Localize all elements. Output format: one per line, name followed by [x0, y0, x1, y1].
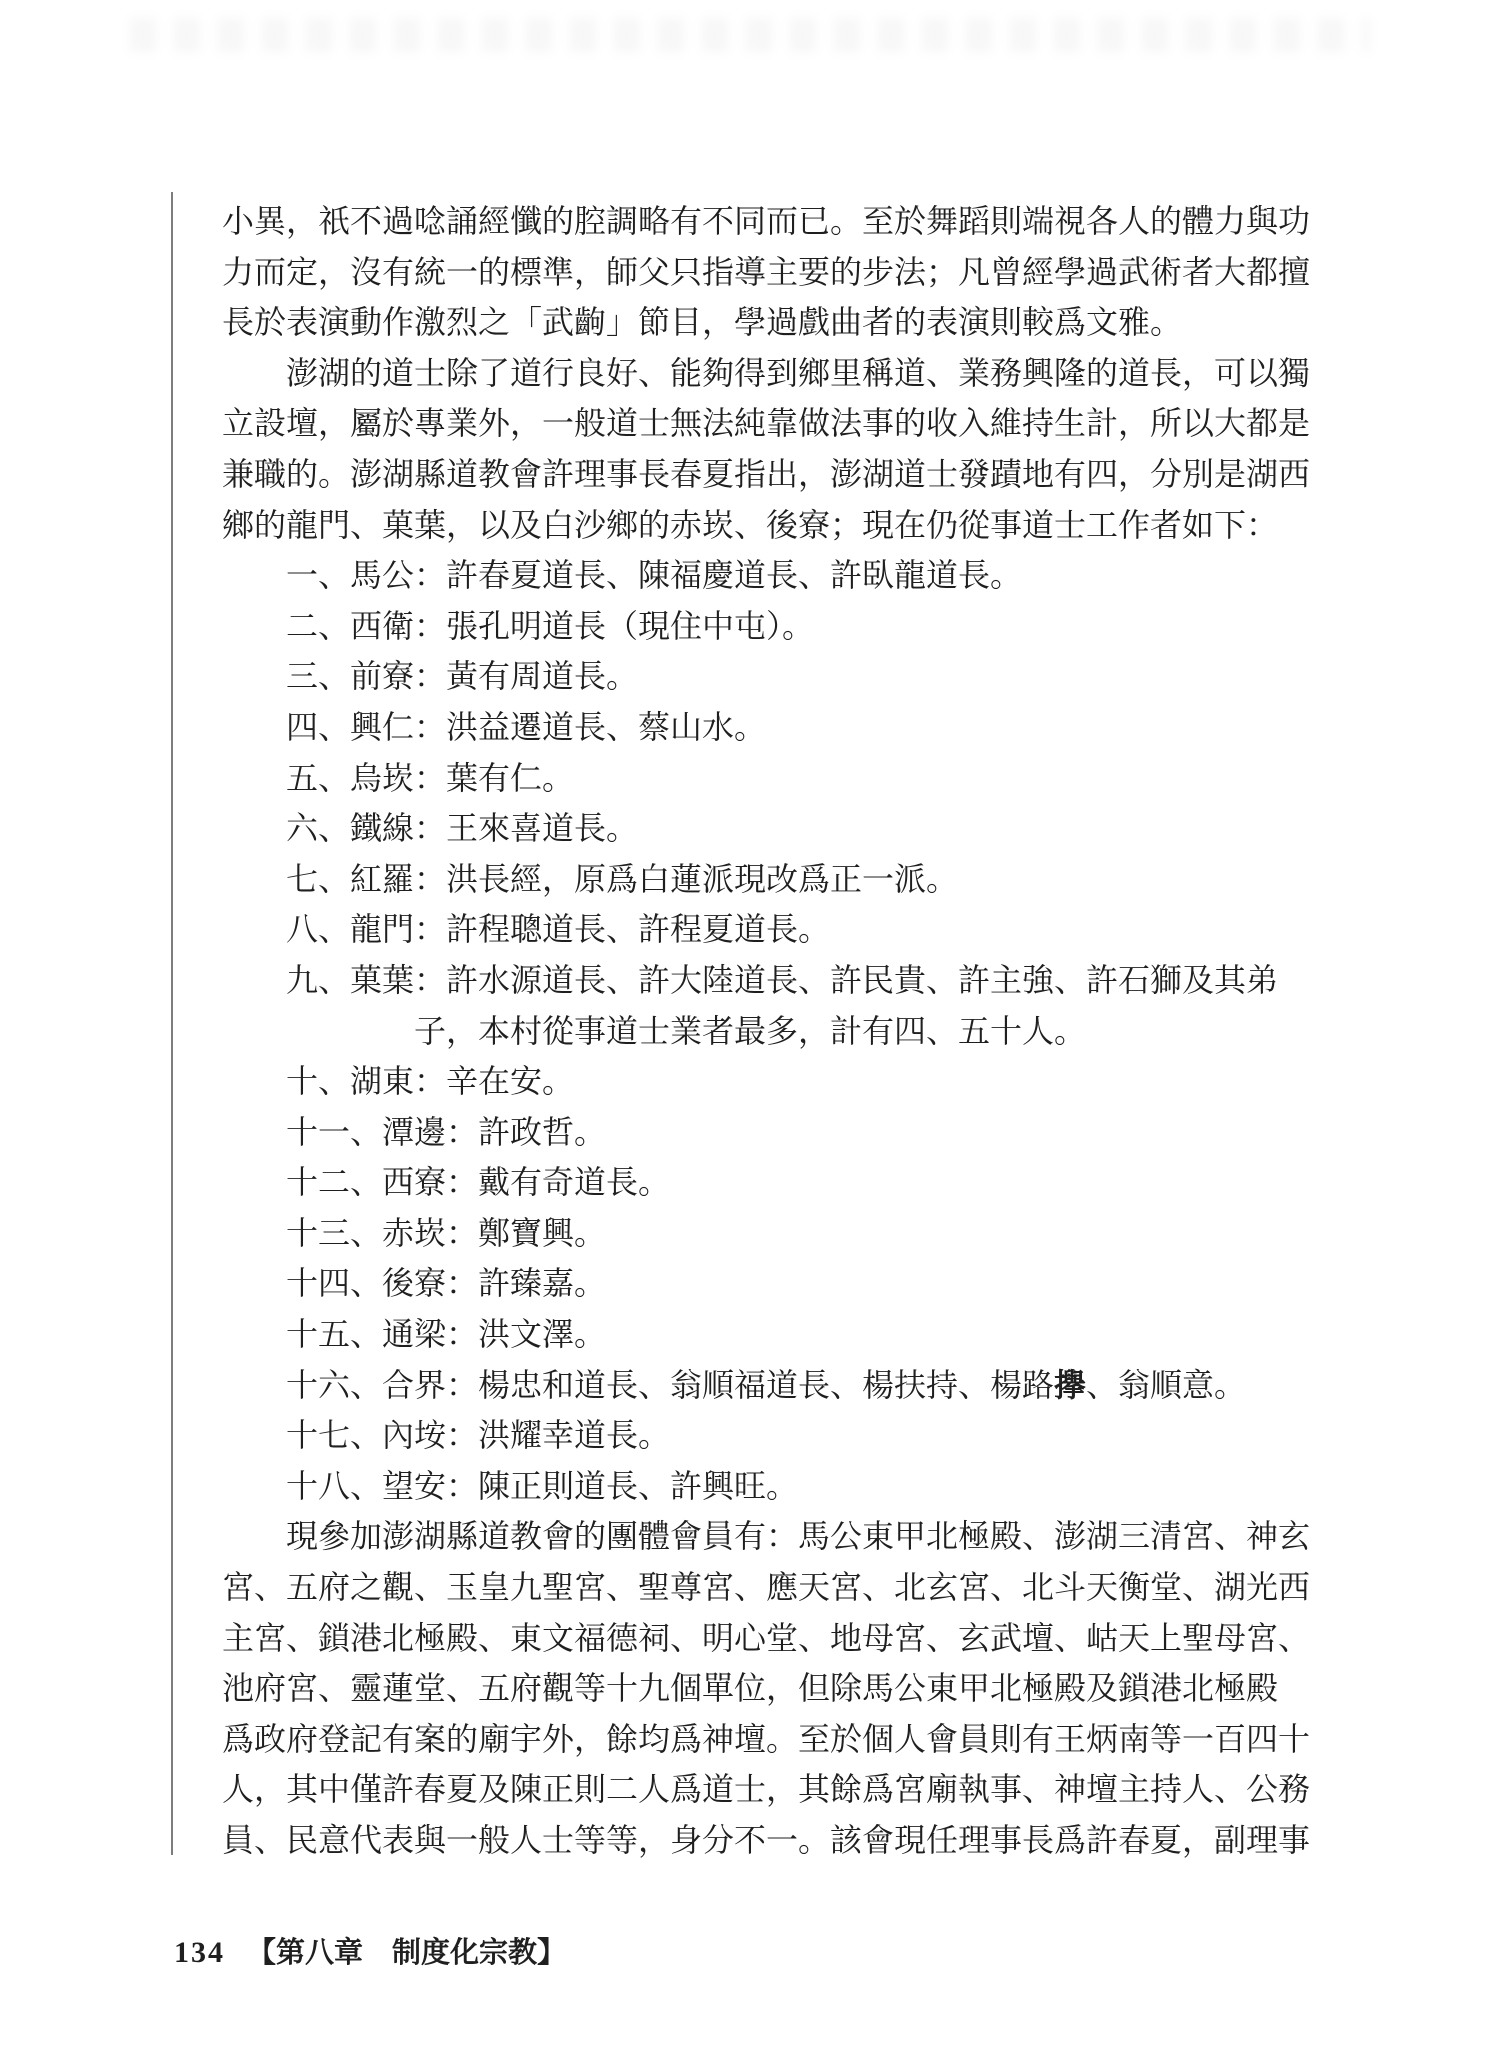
text-line: 立設壇，屬於專業外，一般道士無法純靠做法事的收入維持生計，所以大都是: [222, 398, 1318, 449]
margin-rule: [171, 192, 173, 1855]
text-line: 力而定，沒有統一的標準，師父只指導主要的步法；凡曾經學過武術者大都擅: [222, 247, 1318, 298]
text-line: 員、民意代表與一般人士等等，身分不一。該會現任理事長爲許春夏，副理事: [222, 1815, 1318, 1866]
text-line: 小異，祇不過唸誦經懺的腔調略有不同而已。至於舞蹈則端視各人的體力與功: [222, 196, 1318, 247]
text-line: 現參加澎湖縣道教會的團體會員有：馬公東甲北極殿、澎湖三清宮、神玄: [222, 1511, 1318, 1562]
text-line: 四、興仁：洪益遷道長、蔡山水。: [222, 702, 1318, 753]
text-line: 八、龍門：許程聰道長、許程夏道長。: [222, 904, 1318, 955]
text-line: 十、湖東：辛在安。: [222, 1056, 1318, 1107]
text-line: 二、西衛：張孔明道長（現住中屯）。: [222, 601, 1318, 652]
page-number: 134: [174, 1936, 225, 1969]
text-line: 五、烏崁：葉有仁。: [222, 753, 1318, 804]
text-line: 澎湖的道士除了道行良好、能夠得到鄉里稱道、業務興隆的道長，可以獨: [222, 348, 1318, 399]
text-line: 兼職的。澎湖縣道教會許理事長春夏指出，澎湖道士發蹟地有四，分別是湖西: [222, 449, 1318, 500]
text-line: 十二、西寮：戴有奇道長。: [222, 1157, 1318, 1208]
text-line: 池府宮、靈蓮堂、五府觀等十九個單位，但除馬公東甲北極殿及鎖港北極殿: [222, 1663, 1318, 1714]
text-line: 七、紅羅：洪長經，原爲白蓮派現改爲正一派。: [222, 854, 1318, 905]
page-footer: 134【第八章 制度化宗教】: [174, 1930, 566, 1971]
text-line: 鄉的龍門、菓葉，以及白沙鄉的赤崁、後寮；現在仍從事道士工作者如下：: [222, 500, 1318, 551]
text-line: 長於表演動作激烈之「武齣」節目，學過戲曲者的表演則較爲文雅。: [222, 297, 1318, 348]
text-line: 九、菓葉：許水源道長、許大陸道長、許民貴、許主強、許石獅及其弟: [222, 955, 1318, 1006]
text-line: 十三、赤崁：鄭寶興。: [222, 1208, 1318, 1259]
book-page: 小異，祇不過唸誦經懺的腔調略有不同而已。至於舞蹈則端視各人的體力與功力而定，沒有…: [0, 0, 1500, 2053]
text-line: 十八、望安：陳正則道長、許興旺。: [222, 1461, 1318, 1512]
text-block: 小異，祇不過唸誦經懺的腔調略有不同而已。至於舞蹈則端視各人的體力與功力而定，沒有…: [222, 196, 1318, 1866]
text-line: 六、鐵線：王來喜道長。: [222, 803, 1318, 854]
text-line: 人，其中僅許春夏及陳正則二人爲道士，其餘爲宮廟執事、神壇主持人、公務: [222, 1764, 1318, 1815]
text-line: 爲政府登記有案的廟宇外，餘均爲神壇。至於個人會員則有王炳南等一百四十: [222, 1714, 1318, 1765]
text-line: 十四、後寮：許臻嘉。: [222, 1258, 1318, 1309]
text-line: 一、馬公：許春夏道長、陳福慶道長、許臥龍道長。: [222, 550, 1318, 601]
bold-character: 㩮: [1054, 1367, 1086, 1403]
text-line: 十一、潭邊：許政哲。: [222, 1107, 1318, 1158]
chapter-label: 【第八章 制度化宗教】: [247, 1937, 566, 1969]
text-line: 主宮、鎖港北極殿、東文福德祠、明心堂、地母宮、玄武壇、岵天上聖母宮、: [222, 1613, 1318, 1664]
text-line: 十五、通梁：洪文澤。: [222, 1309, 1318, 1360]
text-line: 宮、五府之觀、玉皇九聖宮、聖尊宮、應天宮、北玄宮、北斗天衡堂、湖光西: [222, 1562, 1318, 1613]
scan-bleed-artifact: [130, 18, 1370, 52]
text-line: 十七、內垵：洪耀幸道長。: [222, 1410, 1318, 1461]
text-line: 十六、合界：楊忠和道長、翁順福道長、楊扶持、楊路㩮、翁順意。: [222, 1360, 1318, 1411]
text-line: 三、前寮：黃有周道長。: [222, 651, 1318, 702]
text-line: 子，本村從事道士業者最多，計有四、五十人。: [222, 1006, 1318, 1057]
